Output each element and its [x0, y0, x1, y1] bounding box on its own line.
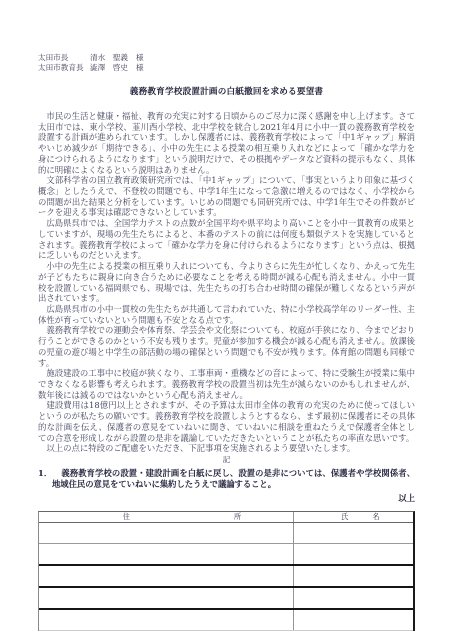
address-header-char: 所 [234, 512, 241, 521]
address-cell [39, 544, 294, 564]
body-text: 市民の生活と健康・福祉、教育の充実に対する日頃からのご尽力に深く感謝を申し上げま… [38, 111, 415, 454]
addressee-role: 太田市教育長 [38, 63, 90, 73]
demand-item: 1．義務教育学校の設置・建設計画を白紙に戻し、設置の是非については、保護者や学校… [38, 468, 415, 489]
signature-row [39, 544, 413, 566]
body-paragraph: 広島県呉市では、全国学力テストの点数が全国平均や県平均より高いことを小中一貫教育… [38, 218, 415, 261]
signature-row [39, 523, 413, 544]
addressee-row: 太田市長 清水 聖義 様 [38, 53, 415, 63]
item-number: 1． [38, 468, 52, 478]
body-paragraph: 文部科学省の国立教育政策研究所では、「中1ギャップ」について、「事実というより印… [38, 175, 415, 218]
address-cell [39, 523, 294, 543]
signature-row [39, 566, 413, 588]
addressee-role: 太田市長 [38, 53, 90, 63]
signature-row [39, 610, 413, 631]
signature-table: 住 所 氏 名 [38, 511, 415, 631]
signature-table-header: 住 所 氏 名 [39, 512, 413, 523]
name-cell [294, 523, 413, 543]
body-paragraph: 以上の点に特段のご配慮をいただき、下記事項を実施されるよう要望いたします。 [38, 443, 415, 454]
signature-row [39, 588, 413, 610]
item-text: 義務教育学校の設置・建設計画を白紙に戻し、設置の是非については、保護者や学校関係… [52, 468, 415, 489]
addressee-block: 太田市長 清水 聖義 様 太田市教育長 澁澤 啓史 様 [38, 53, 415, 73]
name-column-header: 氏 名 [294, 512, 413, 522]
name-cell [294, 610, 413, 630]
document-title: 義務教育学校設置計画の白紙撤回を求める要望書 [38, 87, 415, 98]
address-column-header: 住 所 [39, 512, 294, 522]
body-paragraph: 義務教育学校での運動会や体育祭、学芸会や文化祭についても、校庭が手狭になり、今ま… [38, 325, 415, 368]
name-cell [294, 544, 413, 564]
body-paragraph: 建設費用は18億円以上とされますが、その予算は太田市全体の教育の充実のために使っ… [38, 400, 415, 443]
address-cell [39, 610, 294, 630]
document-page: 太田市長 清水 聖義 様 太田市教育長 澁澤 啓史 様 義務教育学校設置計画の白… [0, 0, 452, 640]
addressee-honorific: 様 [136, 53, 144, 63]
body-paragraph: 市民の生活と健康・福祉、教育の充実に対する日頃からのご尽力に深く感謝を申し上げま… [38, 111, 415, 175]
closing-label: 以上 [38, 493, 415, 503]
body-paragraph: 広島県呉市の小中一貫校の先生たちが共通して言われていた、特に小学校高学年のリーダ… [38, 304, 415, 325]
name-cell [294, 588, 413, 608]
document-content: 太田市長 清水 聖義 様 太田市教育長 澁澤 啓史 様 義務教育学校設置計画の白… [38, 0, 415, 631]
name-header-char: 名 [373, 512, 380, 521]
addressee-name: 澁澤 啓史 [90, 63, 136, 73]
record-marker: 記 [38, 455, 415, 465]
addressee-name: 清水 聖義 [90, 53, 136, 63]
address-header-char: 住 [123, 512, 130, 521]
addressee-row: 太田市教育長 澁澤 啓史 様 [38, 63, 415, 73]
name-cell [294, 566, 413, 586]
addressee-honorific: 様 [136, 63, 144, 73]
name-header-char: 氏 [341, 512, 348, 521]
address-cell [39, 588, 294, 608]
body-paragraph: 施設建設の工事中に校庭が狭くなり、工事車両・重機などの音によって、特に受験生が授… [38, 368, 415, 400]
address-cell [39, 566, 294, 586]
body-paragraph: 小中の先生による授業の相互乗り入れについても、今よりさらに先生が忙しくなり、かえ… [38, 261, 415, 304]
